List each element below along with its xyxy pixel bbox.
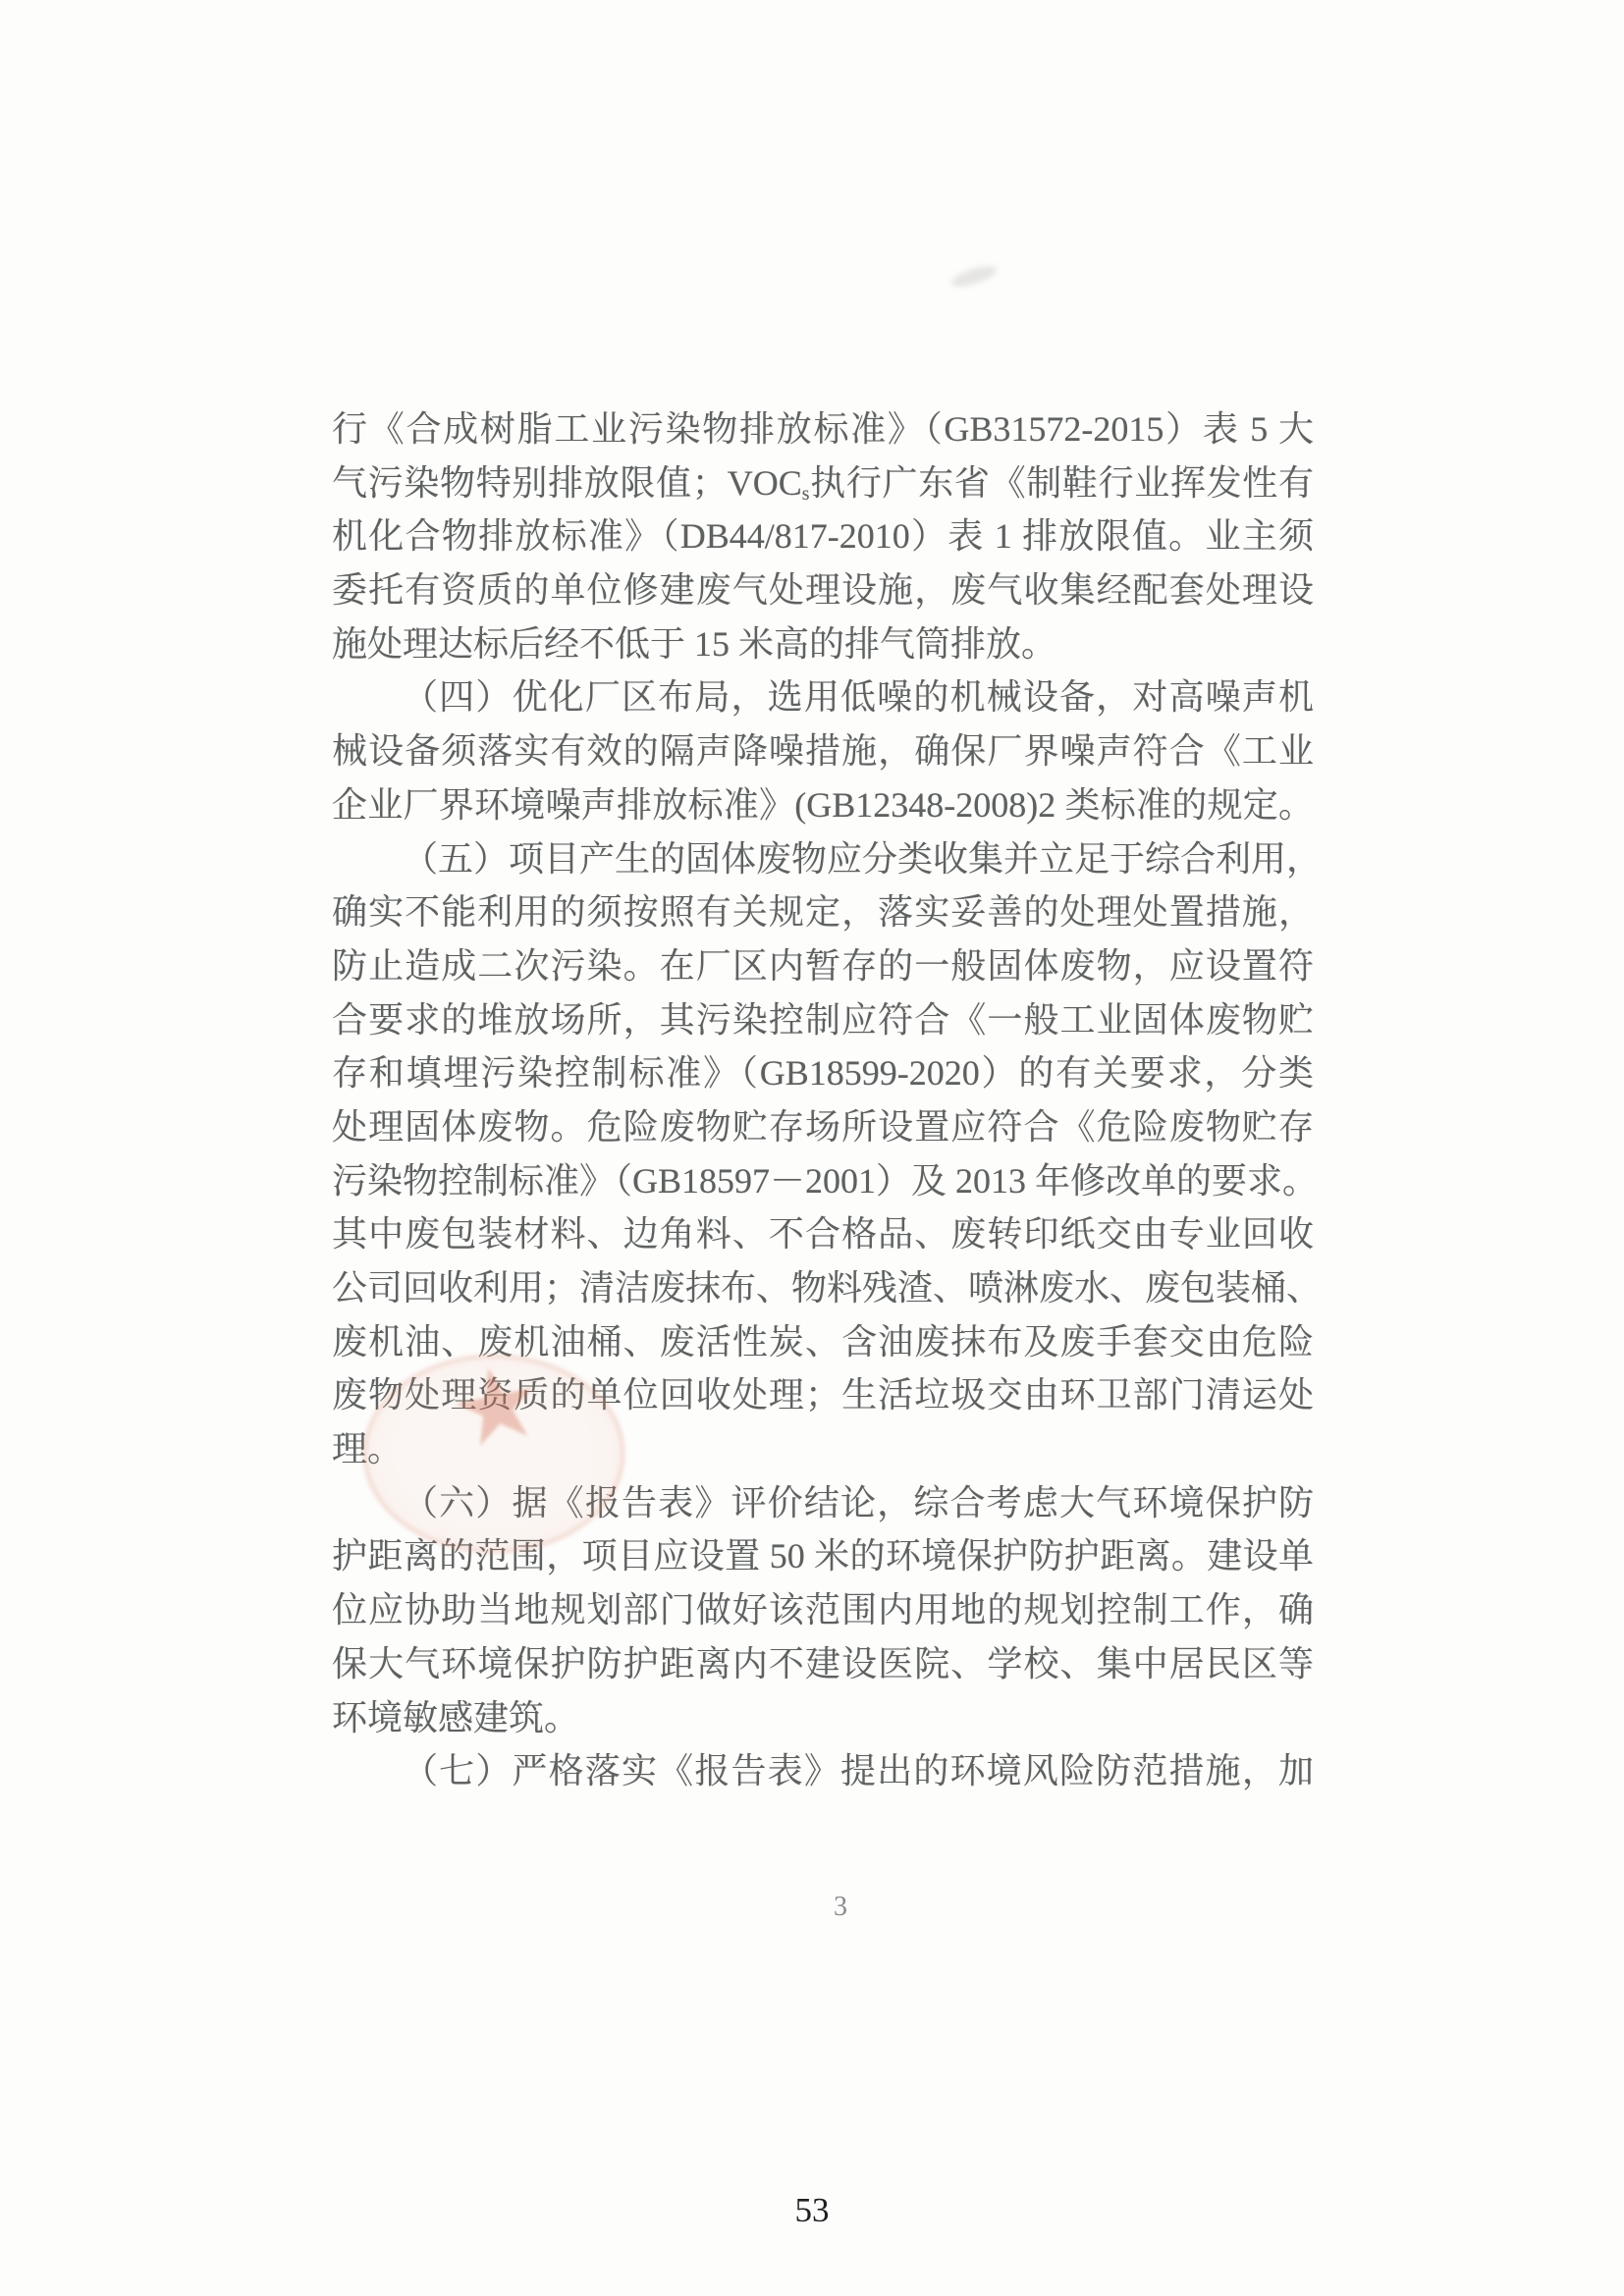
text-segment: 执行广东省《制鞋行业挥发性有 — [810, 463, 1315, 503]
text-line: 机化合物排放标准》（DB44/817-2010）表 1 排放限值。业主须 — [332, 509, 1314, 563]
text-line: 械设备须落实有效的隔声降噪措施，确保厂界噪声符合《工业 — [332, 724, 1314, 778]
text-line: 委托有资质的单位修建废气处理设施，废气收集经配套处理设 — [332, 563, 1314, 617]
text-line: 确实不能利用的须按照有关规定，落实妥善的处理处置措施， — [332, 885, 1314, 939]
text-line: 行《合成树脂工业污染物排放标准》（GB31572-2015）表 5 大 — [332, 402, 1314, 456]
text-line: 企业厂界环境噪声排放标准》(GB12348-2008)2 类标准的规定。 — [332, 778, 1314, 832]
text-line-with-subscript: 气污染物特别排放限值；VOCs执行广东省《制鞋行业挥发性有 — [332, 456, 1314, 510]
text-line: 公司回收利用；清洁废抹布、物料残渣、喷淋废水、废包装桶、 — [332, 1261, 1314, 1315]
text-line: 施处理达标后经不低于 15 米高的排气筒排放。 — [332, 617, 1314, 671]
text-line-paragraph-start: （四）优化厂区布局，选用低噪的机械设备，对高噪声机 — [332, 670, 1314, 724]
inner-page-number: 3 — [791, 1891, 890, 1924]
scanned-document-page: 行《合成树脂工业污染物排放标准》（GB31572-2015）表 5 大 气污染物… — [0, 0, 1624, 2296]
footer-page-number: 53 — [0, 2191, 1624, 2230]
text-line: 存和填埋污染控制标准》（GB18599-2020）的有关要求，分类 — [332, 1046, 1314, 1100]
text-line: 位应协助当地规划部门做好该范围内用地的规划控制工作，确 — [332, 1583, 1314, 1637]
text-line: 处理固体废物。危险废物贮存场所设置应符合《危险废物贮存 — [332, 1100, 1314, 1154]
text-line: 防止造成二次污染。在厂区内暂存的一般固体废物，应设置符 — [332, 939, 1314, 993]
voc-subscript: s — [802, 483, 810, 505]
scan-smudge — [949, 262, 999, 291]
red-seal-star-icon: ★ — [427, 1338, 567, 1477]
text-line: 保大气环境保护防护距离内不建设医院、学校、集中居民区等 — [332, 1637, 1314, 1691]
text-line: 污染物控制标准》（GB18597－2001）及 2013 年修改单的要求。 — [332, 1154, 1314, 1208]
text-segment: 气污染物特别排放限值；VOC — [332, 463, 802, 503]
text-line-paragraph-start: （七）严格落实《报告表》提出的环境风险防范措施，加 — [332, 1744, 1314, 1798]
document-body: 行《合成树脂工业污染物排放标准》（GB31572-2015）表 5 大 气污染物… — [332, 402, 1314, 1798]
text-line: 合要求的堆放场所，其污染控制应符合《一般工业固体废物贮 — [332, 993, 1314, 1047]
text-line: 其中废包装材料、边角料、不合格品、废转印纸交由专业回收 — [332, 1207, 1314, 1261]
text-line-paragraph-start: （五）项目产生的固体废物应分类收集并立足于综合利用， — [332, 832, 1314, 886]
text-line: 环境敏感建筑。 — [332, 1691, 1314, 1745]
